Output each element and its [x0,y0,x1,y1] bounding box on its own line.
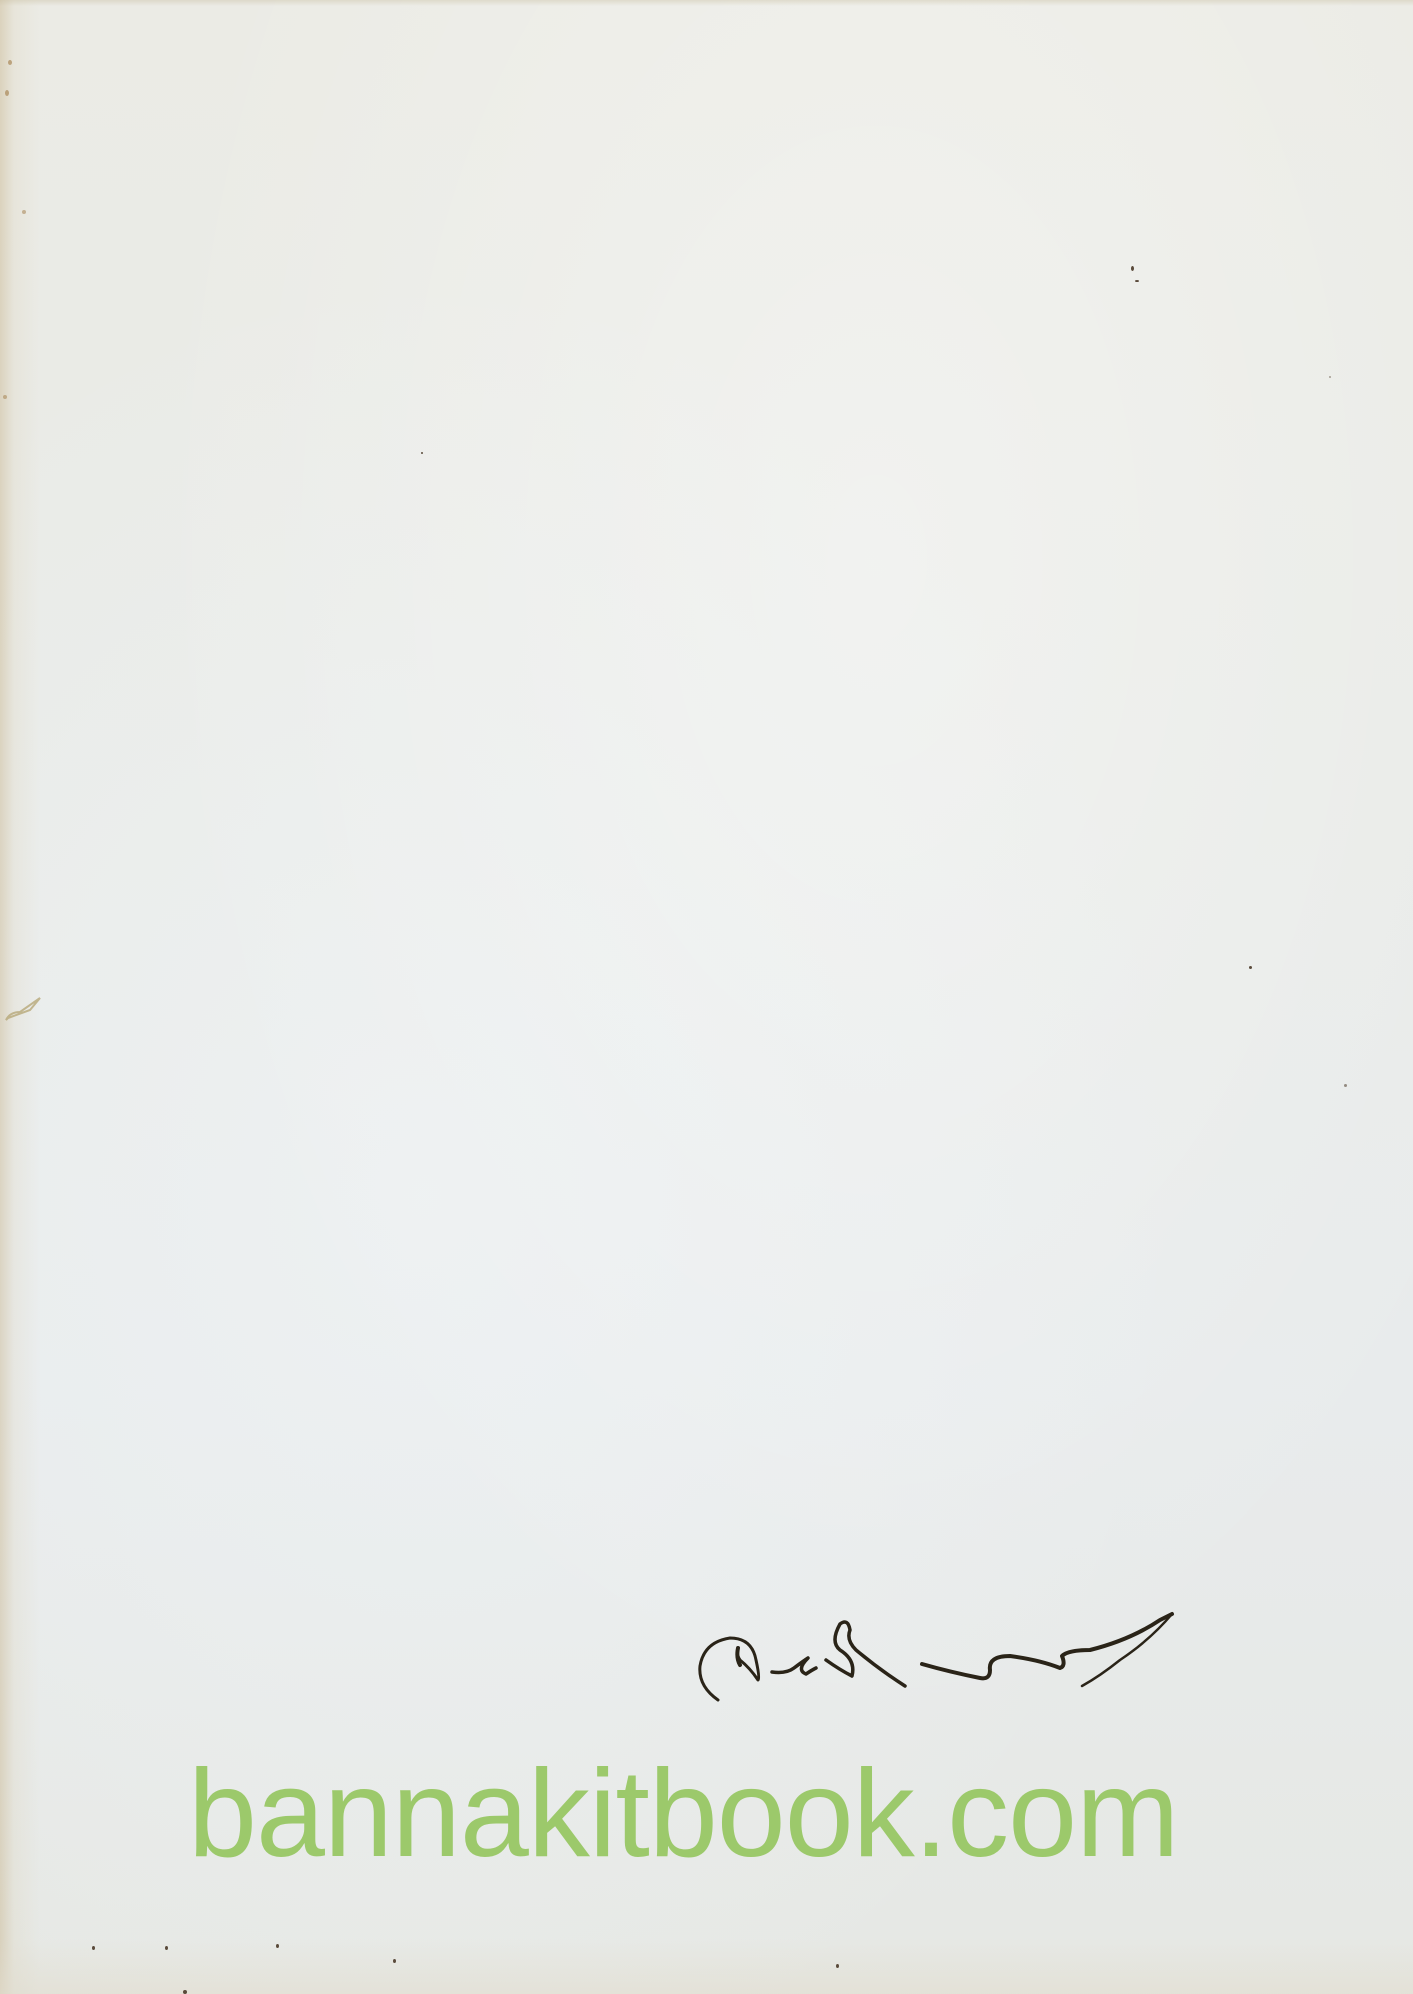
thread-fiber [0,990,80,1040]
bottom-edge-foxing [0,1939,1413,1994]
speck [1131,266,1134,271]
speck [22,210,26,214]
speck [8,60,12,65]
top-edge [0,0,1413,6]
speck [1135,280,1139,282]
speck [1344,1084,1347,1087]
speck [5,90,9,96]
speck [3,395,7,399]
speck [1249,966,1252,969]
book-page: bannakitbook.com [0,0,1413,1994]
speck [165,1946,168,1950]
speck [1329,376,1331,378]
speck [836,1964,839,1968]
speck [421,452,423,454]
watermark-text: bannakitbook.com [188,1752,1178,1876]
speck [92,1946,95,1950]
speck [276,1944,279,1948]
speck [393,1959,396,1963]
speck [183,1990,187,1994]
handwritten-signature [690,1590,1190,1710]
